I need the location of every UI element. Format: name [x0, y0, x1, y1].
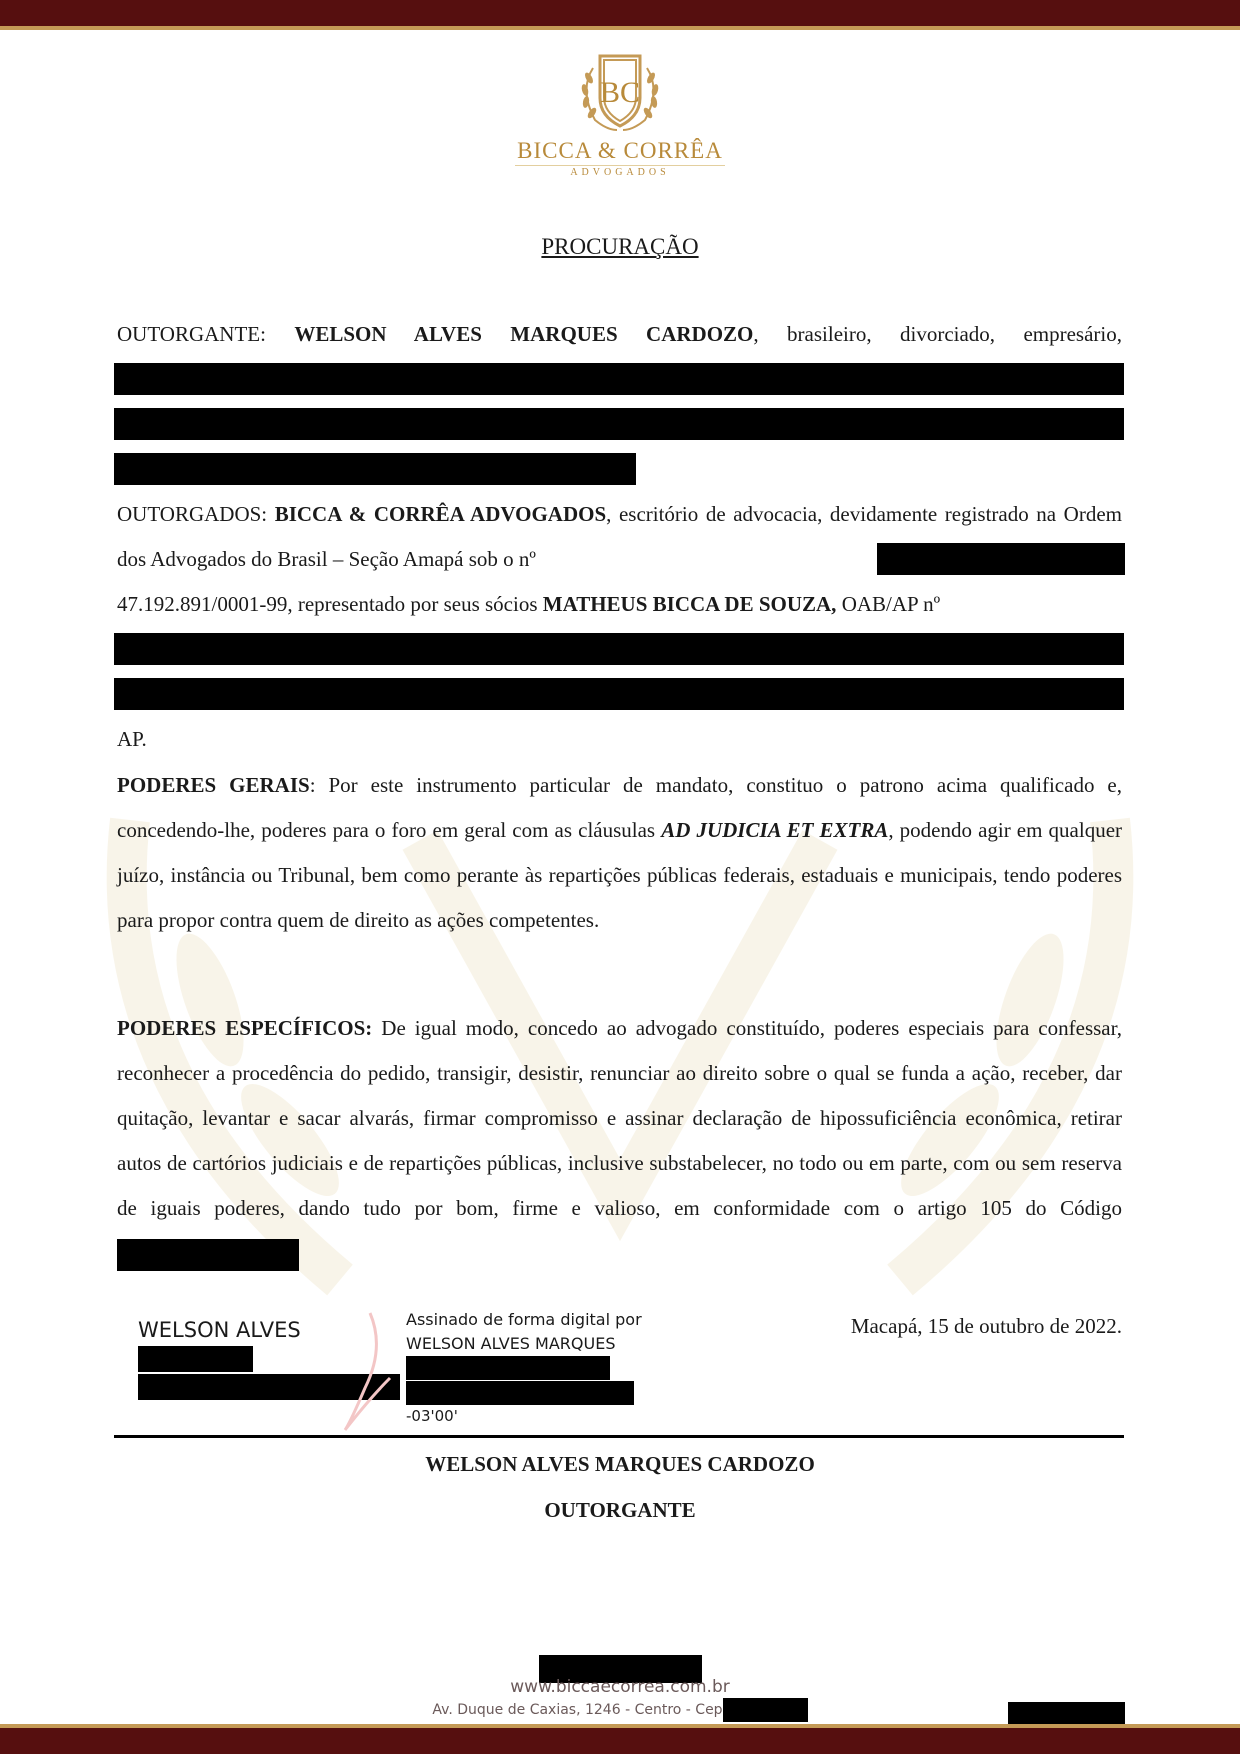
- redaction-block: [406, 1381, 634, 1405]
- outorgados-section: OUTORGADOS: BICCA & CORRÊA ADVOGADOS, es…: [117, 492, 1122, 762]
- outorgante-label: OUTORGANTE:: [117, 322, 266, 346]
- poderes-especificos-section: PODERES ESPECÍFICOS: De igual modo, conc…: [117, 1006, 1122, 1276]
- signer-role: OUTORGANTE: [0, 1498, 1240, 1523]
- redaction-block: [723, 1698, 808, 1722]
- footer-website-link[interactable]: www.biccaecorrea.com.br: [0, 1677, 1240, 1697]
- poderes-gerais-section: PODERES GERAIS: Por este instrumento par…: [117, 763, 1122, 943]
- outorgante-section: OUTORGANTE: WELSON ALVES MARQUES CARDOZO…: [117, 312, 1122, 492]
- poderes-especificos-label: PODERES ESPECÍFICOS:: [117, 1016, 372, 1040]
- bottom-frame-bar: [0, 1728, 1240, 1754]
- redacted-line: [117, 627, 1122, 672]
- digital-signature-line1: Assinado de forma digital por: [406, 1308, 642, 1332]
- top-gold-line: [0, 26, 1240, 30]
- document-title: PROCURAÇÃO: [0, 234, 1240, 260]
- redaction-block: [114, 408, 1124, 440]
- redacted-line: [117, 672, 1122, 717]
- cnpj-number: 47.192.891/0001-99: [117, 592, 287, 616]
- firm-brand-name: BICCA & CORRÊA: [505, 139, 735, 163]
- shield-laurel-icon: BC: [565, 50, 675, 135]
- pdf-signature-mark-icon: [335, 1308, 405, 1433]
- redacted-line: [117, 447, 1122, 492]
- outorgados-firm: BICCA & CORRÊA ADVOGADOS: [275, 502, 606, 526]
- signature-timezone: -03'00': [406, 1405, 642, 1427]
- oab-label: OAB/AP nº: [842, 592, 941, 616]
- redaction-block: [114, 678, 1124, 710]
- place-and-date: Macapá, 15 de outubro de 2022.: [700, 1314, 1122, 1339]
- firm-logo: BC BICCA & CORRÊA ADVOGADOS: [505, 50, 735, 190]
- digital-signature-line2: WELSON ALVES MARQUES: [406, 1332, 642, 1356]
- svg-text:BC: BC: [600, 76, 640, 109]
- redacted-line: [117, 402, 1122, 447]
- redaction-block: [114, 363, 1124, 395]
- partner-name: MATHEUS BICCA DE SOUZA,: [543, 592, 837, 616]
- signer-full-name: WELSON ALVES MARQUES CARDOZO: [0, 1452, 1240, 1477]
- top-frame-bar: [0, 0, 1240, 26]
- outorgante-qualification: , brasileiro, divorciado, empresário,: [753, 322, 1122, 346]
- redaction-block: [117, 1239, 299, 1271]
- redacted-line: [117, 357, 1122, 402]
- outorgante-name: WELSON ALVES MARQUES CARDOZO: [294, 322, 753, 346]
- redaction-block: [114, 453, 636, 485]
- clause-ad-judicia: AD JUDICIA ET EXTRA: [661, 818, 888, 842]
- firm-subtitle: ADVOGADOS: [515, 165, 725, 179]
- redaction-block: [877, 543, 1125, 575]
- digital-signature-stamp: Assinado de forma digital por WELSON ALV…: [406, 1308, 642, 1427]
- poderes-gerais-label: PODERES GERAIS: [117, 773, 310, 797]
- redaction-block: [114, 633, 1124, 665]
- redaction-block: [406, 1356, 610, 1380]
- signature-rule: [114, 1435, 1124, 1438]
- redaction-block: [138, 1346, 253, 1372]
- outorgados-tail: AP.: [117, 717, 1122, 762]
- outorgados-label: OUTORGADOS:: [117, 502, 267, 526]
